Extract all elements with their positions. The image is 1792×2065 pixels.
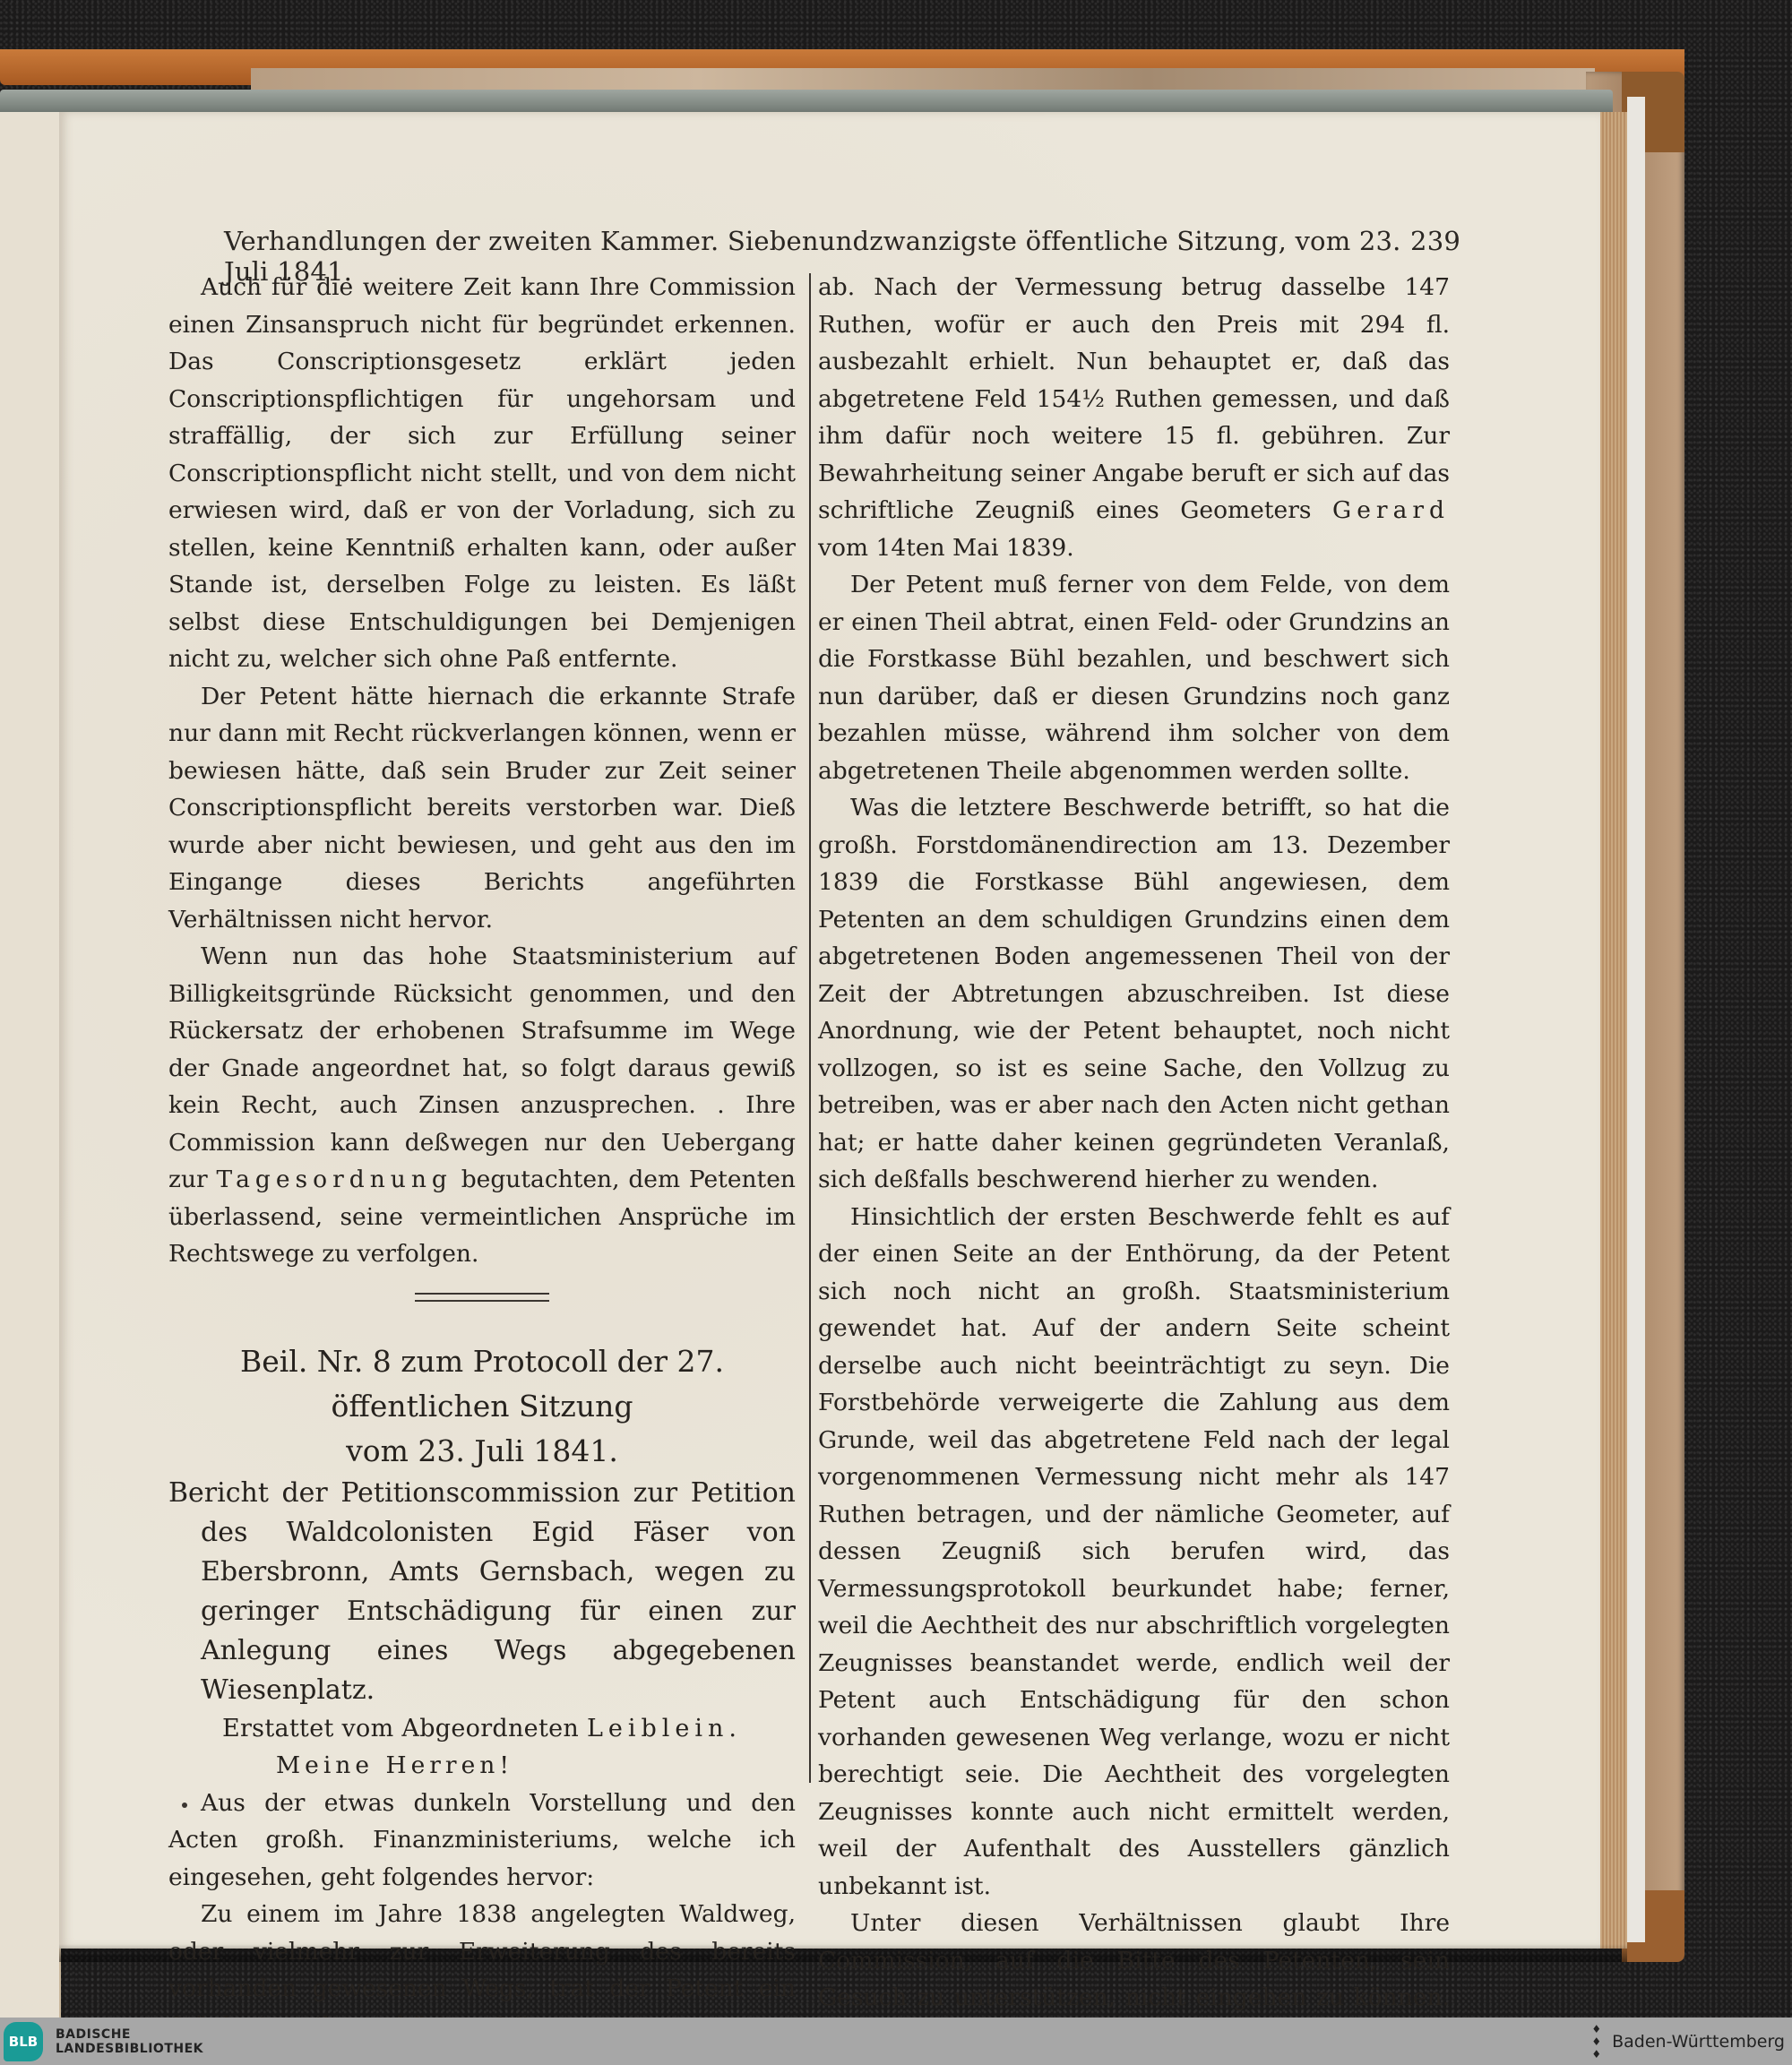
paragraph: Der Petent muß ferner von dem Felde, von… (818, 566, 1450, 789)
author-name: Leiblein. (587, 1715, 742, 1742)
paragraph-text: Wenn nun das hohe Staatsministerium auf … (168, 942, 796, 1193)
byline-prefix: Erstattet vom Abgeordneten (222, 1715, 579, 1742)
paragraph: Wenn nun das hohe Staatsministerium auf … (168, 938, 796, 1273)
right-column: ab. Nach der Vermessung betrug dasselbe … (818, 269, 1450, 2053)
appendix-title: Beil. Nr. 8 zum Protocoll der 27. öffent… (168, 1339, 796, 1474)
spaced-emphasis: Tagesordnung (216, 1166, 452, 1193)
paragraph: Auch für die weitere Zeit kann Ihre Comm… (168, 269, 796, 678)
paragraph: Der Petent hätte hiernach die erkannte S… (168, 678, 796, 939)
previous-page-edge (0, 112, 61, 2047)
ink-speck (182, 1803, 187, 1808)
three-lions-icon: ♦♦♦ (1591, 2023, 1601, 2061)
section-divider (415, 1293, 549, 1302)
book-scan: Verhandlungen der zweiten Kammer. Sieben… (0, 0, 1792, 2018)
left-column: Auch für die weitere Zeit kann Ihre Comm… (168, 269, 796, 2044)
paragraph: Aus der etwas dunkeln Vorstellung und de… (168, 1785, 796, 1897)
library-name-line: BADISCHE (56, 2027, 203, 2042)
footer-bar: BLB BADISCHE LANDESBIBLIOTHEK ♦♦♦ Baden-… (0, 2018, 1792, 2065)
library-name-line: LANDESBIBLIOTHEK (56, 2042, 203, 2056)
byline: Erstattet vom Abgeordneten Leiblein. (168, 1710, 796, 1748)
library-name: BADISCHE LANDESBIBLIOTHEK (56, 2027, 203, 2056)
blb-badge-icon: BLB (4, 2022, 43, 2061)
salutation: Meine Herren! (168, 1747, 796, 1785)
paragraph: Hinsichtlich der ersten Beschwerde fehlt… (818, 1199, 1450, 1906)
paragraph: ab. Nach der Vermessung betrug dasselbe … (818, 269, 1450, 566)
page-number: 239 (1410, 226, 1460, 256)
report-title: Bericht der Petitionscommission zur Peti… (168, 1474, 796, 1710)
spaced-name: Gerard (1332, 496, 1450, 524)
column-divider (809, 273, 811, 1783)
library-logo[interactable]: BLB BADISCHE LANDESBIBLIOTHEK (0, 2022, 203, 2061)
state-name: Baden-Württemberg (1612, 2032, 1785, 2052)
state-logo[interactable]: ♦♦♦ Baden-Württemberg (1591, 2023, 1792, 2061)
appendix-title-line: vom 23. Juli 1841. (346, 1433, 618, 1468)
paragraph: Was die letztere Beschwerde betrifft, so… (818, 789, 1450, 1199)
appendix-title-line: Beil. Nr. 8 zum Protocoll der 27. öffent… (240, 1344, 724, 1424)
flyleaf-edge (1627, 97, 1645, 1942)
page-fore-edge (1600, 112, 1627, 1949)
paragraph-text: ab. Nach der Vermessung betrug dasselbe … (818, 273, 1450, 524)
paragraph-text: vom 14ten Mai 1839. (818, 534, 1074, 562)
marbled-cover-edge (251, 68, 1595, 91)
